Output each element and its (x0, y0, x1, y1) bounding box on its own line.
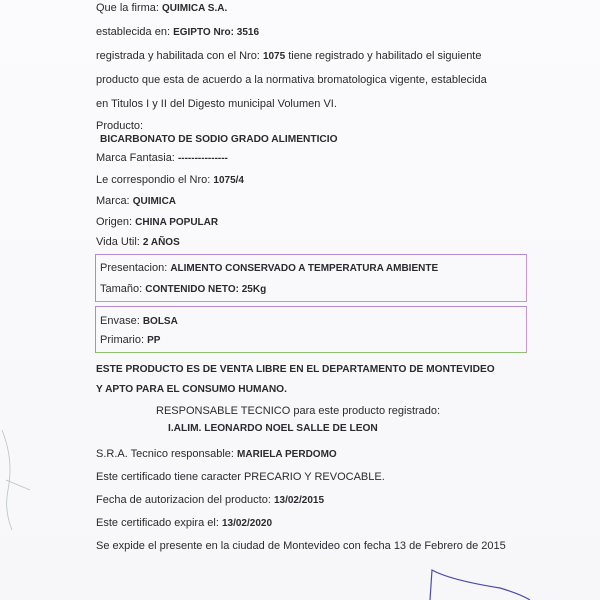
primary-label: Primario: (100, 334, 144, 346)
registration-line: registrada y habilitada con el Nro: 1075… (96, 50, 482, 63)
shelf-life-line: Vida Util: 2 AÑOS (96, 236, 180, 249)
established-line: establecida en: EGIPTO Nro: 3516 (96, 26, 259, 39)
paragraph-line-2: producto que esta de acuerdo a la normat… (96, 74, 487, 87)
container-value: BOLSA (143, 316, 178, 327)
sra-technician-value: MARIELA PERDOMO (237, 449, 337, 460)
firm-line: Que la firma: QUIMICA S.A. (96, 2, 227, 15)
issued-line: Se expide el presente en la ciudad de Mo… (96, 540, 506, 553)
origin-line: Origen: CHINA POPULAR (96, 216, 218, 229)
firm-label: Que la firma: (96, 2, 159, 14)
certificate-page: Que la firma: QUIMICA S.A. establecida e… (0, 0, 600, 600)
shelf-life-value: 2 AÑOS (143, 237, 180, 248)
brand-fantasy-label: Marca Fantasia: (96, 152, 175, 164)
registration-suffix: tiene registrado y habilitado el siguien… (288, 50, 481, 62)
authorization-date-line: Fecha de autorizacion del producto: 13/0… (96, 494, 324, 507)
origin-value: CHINA POPULAR (135, 217, 218, 228)
expiry-date-value: 13/02/2020 (222, 518, 272, 529)
established-label: establecida en: (96, 26, 170, 38)
established-value: EGIPTO Nro: 3516 (173, 27, 259, 38)
shelf-life-label: Vida Util: (96, 236, 140, 248)
signature-mark-icon (420, 560, 540, 600)
margin-scribble-icon (0, 420, 40, 540)
size-label: Tamaño: (100, 283, 142, 295)
product-value: BICARBONATO DE SODIO GRADO ALIMENTICIO (100, 133, 338, 146)
assigned-number-line: Le correspondio el Nro: 1075/4 (96, 174, 244, 187)
paragraph-line-3: en Titulos I y II del Digesto municipal … (96, 98, 337, 111)
brand-value: QUIMICA (133, 196, 176, 207)
technical-responsible-heading: RESPONSABLE TECNICO para este producto r… (156, 405, 440, 418)
primary-value: PP (147, 335, 160, 346)
brand-line: Marca: QUIMICA (96, 195, 176, 208)
presentation-box: Presentacion: ALIMENTO CONSERVADO A TEMP… (95, 254, 527, 302)
technical-responsible-name: I.ALIM. LEONARDO NOEL SALLE DE LEON (168, 422, 378, 435)
brand-fantasy-value: --------------- (178, 153, 228, 164)
container-row: Envase: BOLSA (100, 315, 178, 327)
size-value: CONTENIDO NETO: 25Kg (145, 284, 266, 295)
character-line: Este certificado tiene caracter PRECARIO… (96, 471, 385, 484)
authorization-date-value: 13/02/2015 (274, 495, 324, 506)
container-label: Envase: (100, 315, 140, 327)
assigned-number-label: Le correspondio el Nro: (96, 174, 210, 186)
presentation-row: Presentacion: ALIMENTO CONSERVADO A TEMP… (100, 262, 438, 274)
firm-value: QUIMICA S.A. (162, 3, 227, 14)
primary-row: Primario: PP (100, 334, 160, 346)
assigned-number-value: 1075/4 (213, 175, 244, 186)
sra-technician-line: S.R.A. Tecnico responsable: MARIELA PERD… (96, 448, 337, 461)
sale-notice-line-2: Y APTO PARA EL CONSUMO HUMANO. (96, 383, 287, 396)
expiry-date-line: Este certificado expira el: 13/02/2020 (96, 517, 272, 530)
sale-notice-line-1: ESTE PRODUCTO ES DE VENTA LIBRE EN EL DE… (96, 363, 495, 376)
presentation-label: Presentacion: (100, 262, 167, 274)
registration-prefix: registrada y habilitada con el Nro: (96, 50, 260, 62)
authorization-date-label: Fecha de autorizacion del producto: (96, 494, 271, 506)
sra-technician-label: S.R.A. Tecnico responsable: (96, 448, 234, 460)
expiry-date-label: Este certificado expira el: (96, 517, 219, 529)
presentation-value: ALIMENTO CONSERVADO A TEMPERATURA AMBIEN… (170, 263, 438, 274)
brand-label: Marca: (96, 195, 130, 207)
origin-label: Origen: (96, 216, 132, 228)
packaging-box: Envase: BOLSA Primario: PP (95, 306, 527, 353)
registration-number: 1075 (263, 51, 285, 62)
size-row: Tamaño: CONTENIDO NETO: 25Kg (100, 283, 266, 295)
product-label: Producto: (96, 120, 143, 133)
brand-fantasy-line: Marca Fantasia: --------------- (96, 152, 228, 165)
